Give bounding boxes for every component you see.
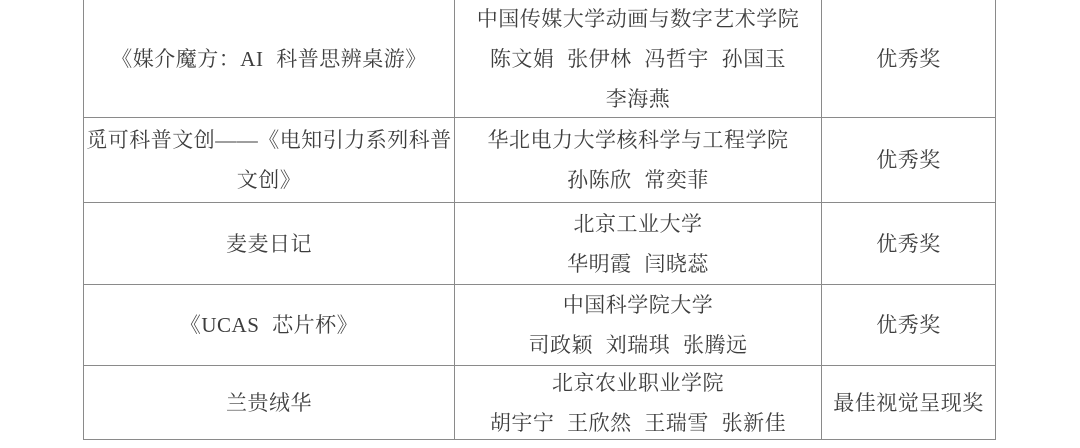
- work-title: 文创》: [237, 160, 302, 200]
- table-row: 《UCAS 芯片杯》 中国科学院大学 司政颖 刘瑞琪 张腾远 优秀奖: [84, 285, 996, 366]
- table-row: 麦麦日记 北京工业大学 华明霞 闫晓蕊 优秀奖: [84, 203, 996, 285]
- team-members: 陈文娟 张伊林 冯哲宇 孙国玉: [490, 39, 786, 79]
- award-label: 优秀奖: [876, 140, 941, 180]
- work-title: 《媒介魔方：AI 科普思辨桌游》: [111, 39, 426, 79]
- team-members: 李海燕: [606, 79, 671, 119]
- team-cell: 北京工业大学 华明霞 闫晓蕊: [455, 203, 822, 285]
- team-members: 华明霞 闫晓蕊: [567, 244, 709, 284]
- award-label: 优秀奖: [876, 39, 941, 79]
- work-title: 觅可科普文创——《电知引力系列科普: [86, 120, 452, 160]
- team-members: 胡宇宁 王欣然 王瑞雪 张新佳: [490, 403, 786, 441]
- award-cell: 优秀奖: [822, 0, 996, 118]
- work-title-cell: 《UCAS 芯片杯》: [84, 285, 455, 366]
- work-title-cell: 麦麦日记: [84, 203, 455, 285]
- institution-name: 北京工业大学: [574, 204, 703, 244]
- award-cell: 优秀奖: [822, 118, 996, 203]
- table-row: 《媒介魔方：AI 科普思辨桌游》 中国传媒大学动画与数字艺术学院 陈文娟 张伊林…: [84, 0, 996, 118]
- institution-name: 中国科学院大学: [563, 285, 714, 325]
- institution-name: 北京农业职业学院: [552, 366, 724, 403]
- institution-name: 华北电力大学核科学与工程学院: [488, 120, 789, 160]
- work-title: 麦麦日记: [226, 224, 312, 264]
- table-row: 兰贵绒华 北京农业职业学院 胡宇宁 王欣然 王瑞雪 张新佳 最佳视觉呈现奖: [84, 366, 996, 440]
- work-title: 《UCAS 芯片杯》: [180, 305, 358, 345]
- work-title-cell: 觅可科普文创——《电知引力系列科普 文创》: [84, 118, 455, 203]
- award-label: 最佳视觉呈现奖: [833, 383, 984, 423]
- table-row: 觅可科普文创——《电知引力系列科普 文创》 华北电力大学核科学与工程学院 孙陈欣…: [84, 118, 996, 203]
- work-title: 兰贵绒华: [226, 383, 312, 423]
- award-table: 《媒介魔方：AI 科普思辨桌游》 中国传媒大学动画与数字艺术学院 陈文娟 张伊林…: [83, 0, 996, 440]
- team-cell: 中国传媒大学动画与数字艺术学院 陈文娟 张伊林 冯哲宇 孙国玉 李海燕: [455, 0, 822, 118]
- team-cell: 华北电力大学核科学与工程学院 孙陈欣 常奕菲: [455, 118, 822, 203]
- document-page: 《媒介魔方：AI 科普思辨桌游》 中国传媒大学动画与数字艺术学院 陈文娟 张伊林…: [0, 0, 1080, 448]
- award-cell: 优秀奖: [822, 203, 996, 285]
- award-cell: 优秀奖: [822, 285, 996, 366]
- team-cell: 北京农业职业学院 胡宇宁 王欣然 王瑞雪 张新佳: [455, 366, 822, 440]
- award-label: 优秀奖: [876, 224, 941, 264]
- work-title-cell: 兰贵绒华: [84, 366, 455, 440]
- institution-name: 中国传媒大学动画与数字艺术学院: [477, 0, 800, 39]
- team-members: 司政颖 刘瑞琪 张腾远: [529, 325, 748, 365]
- team-cell: 中国科学院大学 司政颖 刘瑞琪 张腾远: [455, 285, 822, 366]
- award-label: 优秀奖: [876, 305, 941, 345]
- work-title-cell: 《媒介魔方：AI 科普思辨桌游》: [84, 0, 455, 118]
- team-members: 孙陈欣 常奕菲: [567, 160, 709, 200]
- award-cell: 最佳视觉呈现奖: [822, 366, 996, 440]
